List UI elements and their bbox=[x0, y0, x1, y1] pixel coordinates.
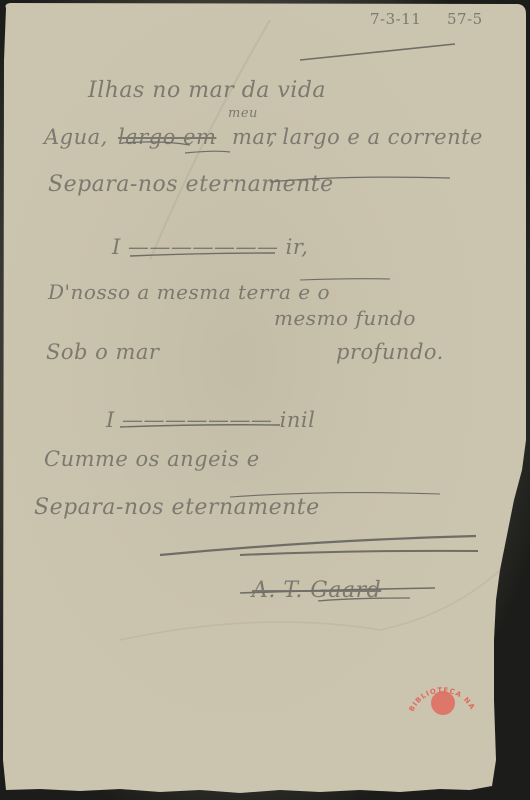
line-2a: Agua, bbox=[44, 125, 108, 149]
date-note: 7-3-11 bbox=[370, 10, 421, 28]
line-9: Cumme os angeis e bbox=[44, 447, 260, 471]
line-5: D'nosso a mesma terra e o bbox=[48, 280, 330, 304]
line-7b: profundo. bbox=[336, 340, 444, 364]
line-4: I ——————— ir, bbox=[112, 235, 308, 259]
line-8: I ——————— inil bbox=[106, 408, 315, 432]
line-2b-struck: largo em bbox=[118, 125, 216, 149]
line-3: Separa-nos eternamente bbox=[48, 172, 334, 197]
line-2d: , largo e a corrente bbox=[268, 125, 483, 149]
line-6: mesmo fundo bbox=[274, 306, 416, 330]
line-10: Separa-nos eternamente bbox=[34, 495, 320, 520]
manuscript-page: BIBLIOTECA NACIONAL 7-3-11 57-5 Ilhas no… bbox=[0, 0, 530, 800]
folio-number: 57-5 bbox=[447, 10, 483, 28]
line-7a: Sob o mar bbox=[46, 340, 159, 364]
line-1: Ilhas no mar da vida bbox=[88, 78, 326, 103]
signature-struck: A. T. Gaard bbox=[252, 578, 381, 603]
line-2-insertion: meu bbox=[228, 106, 258, 121]
paper-background: BIBLIOTECA NACIONAL bbox=[0, 0, 530, 800]
